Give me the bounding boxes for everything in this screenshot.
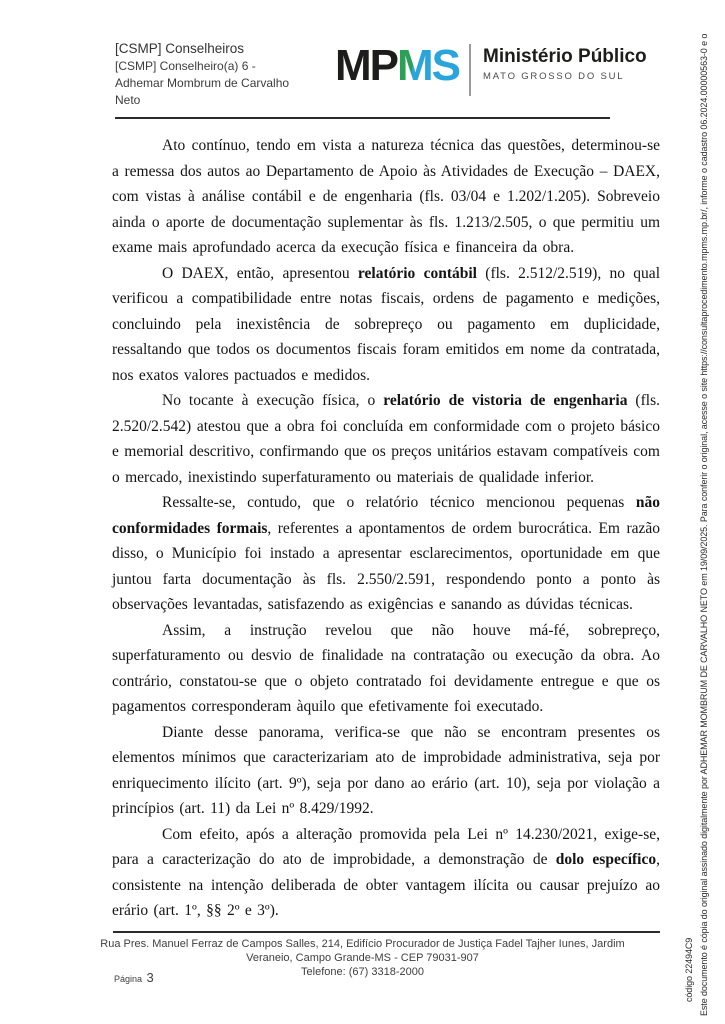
paragraph: Assim, a instrução revelou que não houve… bbox=[112, 618, 660, 720]
logo-text-block: Ministério Público MATO GROSSO DO SUL bbox=[483, 44, 647, 82]
logo-letter-m: M bbox=[397, 41, 432, 90]
paragraph-bold-run: relatório de vistoria de engenharia bbox=[383, 392, 627, 409]
page: { "header": { "unit_title": "[CSMP] Cons… bbox=[0, 0, 725, 1024]
paragraph: Ato contínuo, tendo em vista a natureza … bbox=[112, 133, 660, 261]
paragraph-text-run: No tocante à execução física, o bbox=[162, 392, 383, 409]
header-unit-block: [CSMP] Conselheiros [CSMP] Conselheiro(a… bbox=[115, 40, 290, 109]
footer-address-line2: Veraneio, Campo Grande-MS - CEP 79031-90… bbox=[55, 951, 670, 965]
page-indicator: Página 3 bbox=[114, 969, 154, 987]
paragraph: Com efeito, após a alteração promovida p… bbox=[112, 822, 660, 924]
paragraph: Diante desse panorama, verifica-se que n… bbox=[112, 720, 660, 822]
page-number: 3 bbox=[146, 970, 153, 985]
unit-subtitle: [CSMP] Conselheiro(a) 6 - Adhemar Mombru… bbox=[115, 58, 290, 109]
document-body: Ato contínuo, tendo em vista a natureza … bbox=[112, 133, 660, 924]
paragraph-text-run: Ato contínuo, tendo em vista a natureza … bbox=[112, 137, 660, 256]
paragraph-text-run: O DAEX, então, apresentou bbox=[162, 265, 358, 282]
paragraph-text-run: Assim, a instrução revelou que não houve… bbox=[112, 622, 660, 716]
paragraph-text-run: Ressalte-se, contudo, que o relatório té… bbox=[162, 494, 636, 511]
paragraph: O DAEX, então, apresentou relatório cont… bbox=[112, 261, 660, 389]
org-name: Ministério Público bbox=[483, 46, 647, 68]
footer-rule bbox=[113, 931, 660, 933]
header-rule bbox=[115, 117, 610, 119]
logo-letter-s: S bbox=[432, 41, 459, 90]
org-state: MATO GROSSO DO SUL bbox=[483, 71, 647, 82]
paragraph-bold-run: dolo específico bbox=[556, 851, 656, 868]
page-label: Página bbox=[114, 974, 142, 984]
paragraph: No tocante à execução física, o relatóri… bbox=[112, 388, 660, 490]
paragraph-bold-run: relatório contábil bbox=[358, 265, 477, 282]
unit-title: [CSMP] Conselheiros bbox=[115, 40, 290, 57]
mpms-logo: MPMS Ministério Público MATO GROSSO DO S… bbox=[335, 44, 647, 96]
paragraph-text-run: (fls. 2.512/2.519), no qual verificou a … bbox=[112, 265, 660, 384]
logo-divider bbox=[469, 44, 471, 96]
signature-stamp-code: código 22494C9 bbox=[684, 938, 695, 1002]
logo-letters-mp: MP bbox=[335, 41, 397, 90]
signature-stamp-text: Este documento é cópia do original assin… bbox=[699, 34, 710, 1016]
mpms-logo-wordmark: MPMS bbox=[335, 44, 459, 88]
paragraph: Ressalte-se, contudo, que o relatório té… bbox=[112, 490, 660, 618]
paragraph-text-run: Diante desse panorama, verifica-se que n… bbox=[112, 724, 660, 818]
footer-address-line1: Rua Pres. Manuel Ferraz de Campos Salles… bbox=[55, 937, 670, 951]
